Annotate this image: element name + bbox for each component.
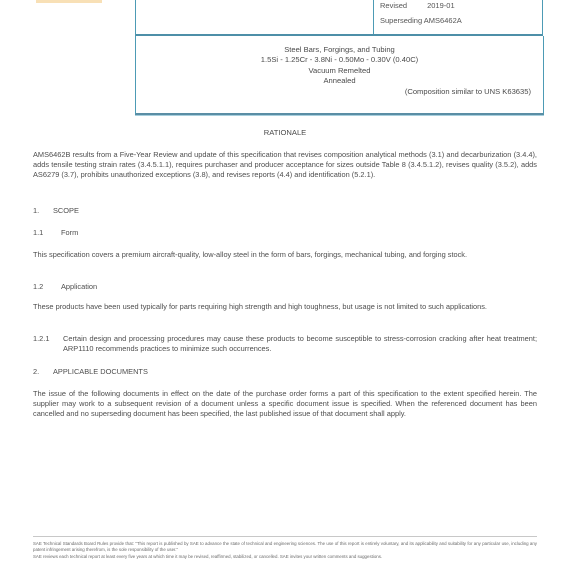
document-title-box: Steel Bars, Forgings, and Tubing 1.5Si -… [135,36,544,115]
revised-value: 2019-01 [427,1,455,10]
section-scope-heading: 1.SCOPE [33,206,79,215]
section-title: Application [61,282,97,291]
revised-row: Revised 2019-01 [380,1,455,10]
application-paragraph: These products have been used typically … [33,302,537,312]
superseding-label: Superseding [380,16,422,25]
superseding-value: AMS6462A [424,16,462,25]
form-paragraph: This specification covers a premium airc… [33,250,537,260]
revised-label: Revised [380,1,425,10]
application-note-paragraph: 1.2.1 Certain design and processing proc… [33,334,537,354]
document-header-box: Revised 2019-01 Superseding AMS6462A [135,0,543,36]
section-applicable-documents-heading: 2.APPLICABLE DOCUMENTS [33,367,148,376]
section-title: APPLICABLE DOCUMENTS [53,367,148,376]
rationale-heading: RATIONALE [0,128,570,137]
section-number: 1.1 [33,228,61,237]
section-number: 2. [33,367,53,376]
header-divider [373,0,374,34]
section-application-heading: 1.2Application [33,282,97,291]
rationale-paragraph: AMS6462B results from a Five-Year Review… [33,150,537,181]
superseding-row: Superseding AMS6462A [380,16,462,25]
footer-disclaimer: SAE Technical Standards Board Rules prov… [33,541,537,552]
application-note-text: Certain design and processing procedures… [63,334,537,354]
title-line-process: Vacuum Remelted [136,66,543,76]
sae-logo-fragment [36,0,102,3]
footer-review-note: SAE reviews each technical report at lea… [33,554,537,560]
section-form-heading: 1.1Form [33,228,78,237]
title-line-product-form: Steel Bars, Forgings, and Tubing [136,45,543,55]
footer-rule [33,536,537,537]
title-line-composition: 1.5Si - 1.25Cr - 3.8Ni - 0.50Mo - 0.30V … [136,55,543,65]
section-title: SCOPE [53,206,79,215]
title-similar-uns: (Composition similar to UNS K63635) [136,87,543,97]
title-line-condition: Annealed [136,76,543,86]
section-title: Form [61,228,78,237]
section-number: 1. [33,206,53,215]
section-number: 1.2 [33,282,61,291]
applicable-documents-paragraph: The issue of the following documents in … [33,389,537,420]
section-number: 1.2.1 [33,334,49,344]
